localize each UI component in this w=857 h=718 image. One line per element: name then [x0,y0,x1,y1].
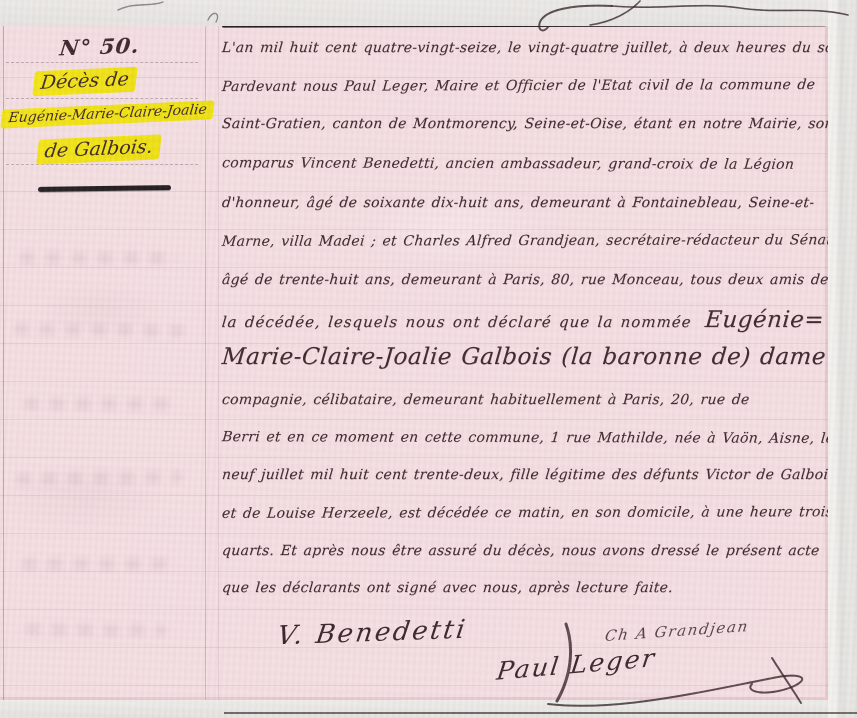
highlight-mark: Eugénie-Marie-Claire-Joalie [0,100,215,128]
margin-separator-line [38,185,171,192]
margin-title-text: Eugénie-Marie-Claire-Joalie [7,102,207,127]
text-line: Marie-Claire-Joalie Galbois (la baronne … [221,344,857,370]
page-edge [828,0,857,718]
text-line: que les déclarants ont signé avec nous, … [221,580,673,596]
text-line: quarts. Et après nous être assuré du déc… [221,543,820,559]
ink-bleed-smudge [16,471,182,485]
text-line: L'an mil huit cent quatre-vingt-seize, l… [221,40,849,56]
ink-bleed-smudge [20,252,178,264]
highlight-mark: de Galbois. [36,134,161,164]
text-line: Berri et en ce moment en cette commune, … [221,429,857,447]
register-page: N° 50. Décès de Eugénie-Marie-Claire-Joa… [0,26,828,700]
text-line: âgé de trente-huit ans, demeurant à Pari… [221,272,829,288]
text-line: la décédée, lesquels nous ont déclaré qu… [221,307,825,333]
text-line: compagnie, célibataire, demeurant habitu… [221,392,750,408]
scan-margin-top [0,0,857,26]
margin-title-line-3: de Galbois. [36,135,161,162]
text-line: neuf juillet mil huit cent trente-deux, … [221,467,836,483]
text-line: d'honneur, âgé de soixante dix-huit ans,… [221,195,815,211]
margin-divider-line [205,26,206,700]
margin-dashed-rule [6,98,198,99]
act-body-text: L'an mil huit cent quatre-vingt-seize, l… [222,26,824,646]
margin-divider-line-2 [218,26,219,700]
ink-bleed-smudge [14,323,184,337]
margin-column: N° 50. Décès de Eugénie-Marie-Claire-Joa… [0,26,205,700]
highlight-mark: Décès de [32,67,137,96]
ink-bleed-smudge [22,558,172,570]
text-line: Saint-Gratien, canton de Montmorency, Se… [221,116,840,132]
margin-dashed-rule [6,62,198,63]
ink-bleed-smudge [26,623,166,636]
margin-title-line-2: Eugénie-Marie-Claire-Joalie [0,101,214,126]
text-line: Marne, villa Madei ; et Charles Alfred G… [221,232,837,250]
ink-bleed-smudge [24,398,174,410]
text-line: Pardevant nous Paul Leger, Maire et Offi… [221,77,816,95]
scan-margin-bottom [0,700,857,718]
act-number: N° 50. [59,33,142,61]
margin-title-text: de Galbois. [43,136,154,163]
deceased-name-text: Marie-Claire-Joalie Galbois (la baronne … [221,344,857,370]
margin-title-text: Décès de [39,68,130,94]
text-line: comparus Vincent Benedetti, ancien ambas… [221,155,795,172]
text-line: et de Louise Herzeele, est décédée ce ma… [221,504,833,522]
margin-dashed-rule [6,164,198,165]
deceased-name-text: Eugénie= [704,307,825,333]
margin-title-line-1: Décès de [32,68,137,94]
text-segment: la décédée, lesquels nous ont déclaré qu… [221,313,692,331]
bottom-rule-line [224,712,857,714]
scanned-document: N° 50. Décès de Eugénie-Marie-Claire-Joa… [0,0,857,718]
